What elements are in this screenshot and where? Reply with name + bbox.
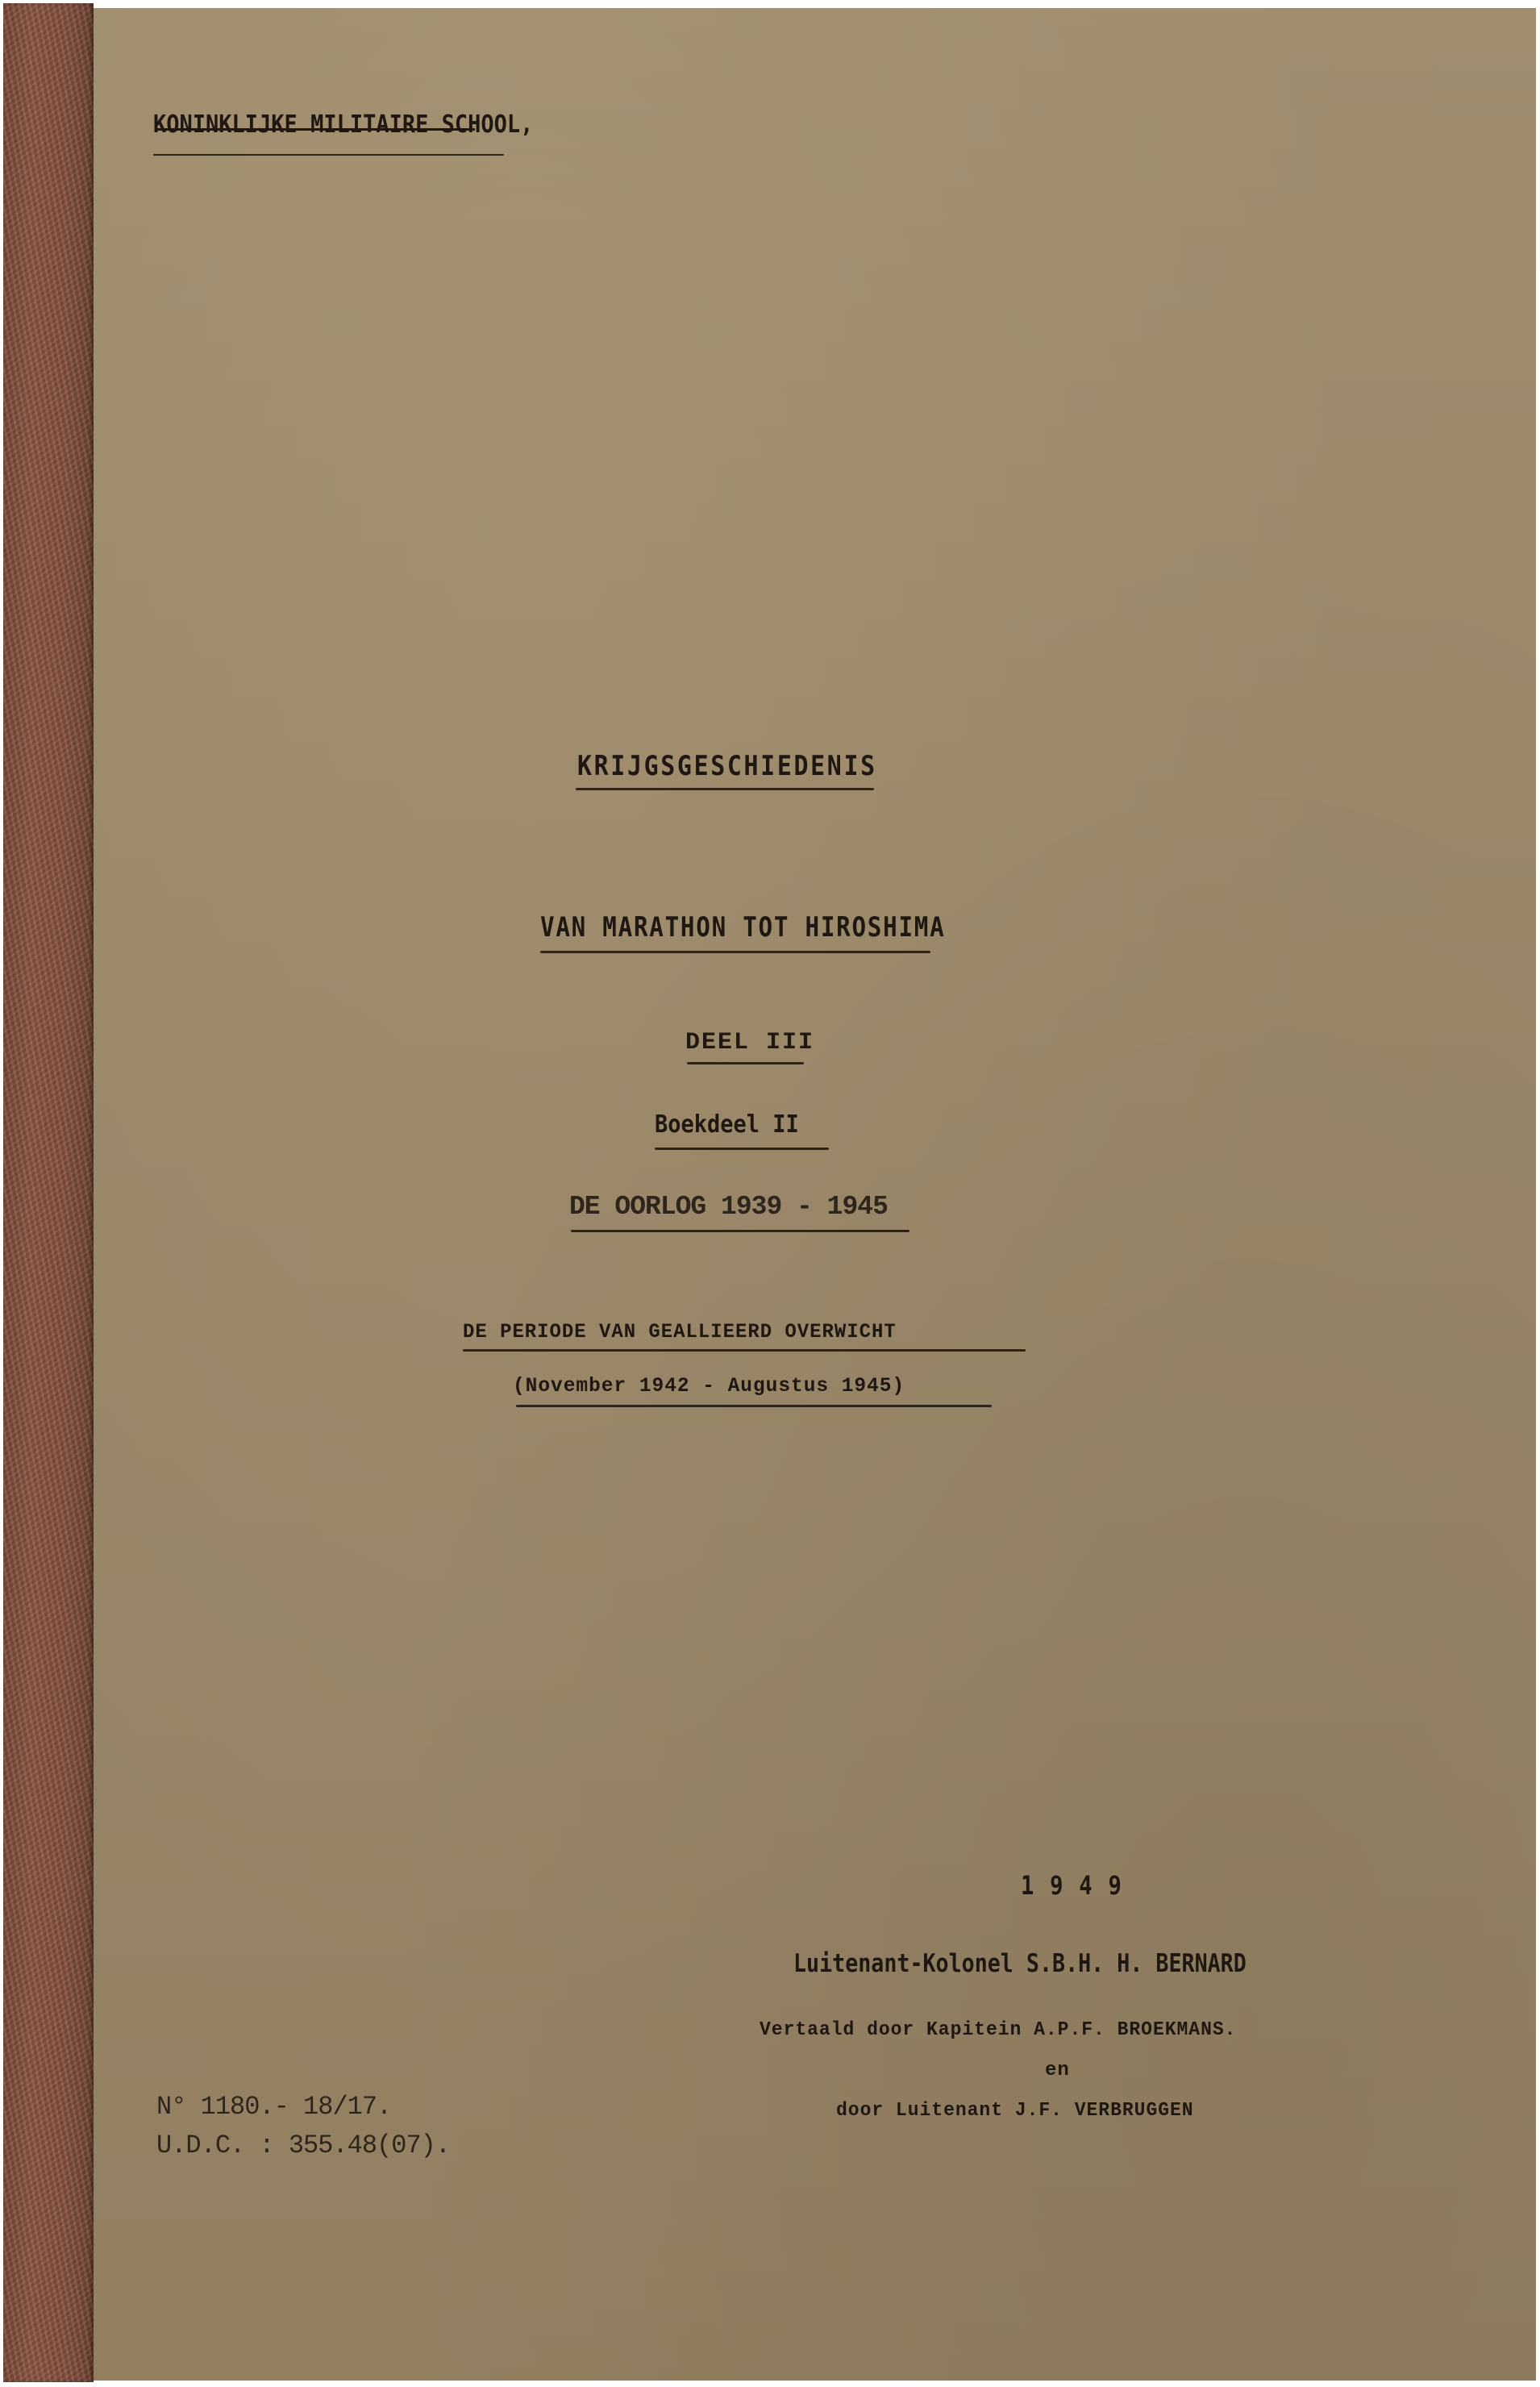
institution-header: KONINKLIJKE MILITAIRE SCHOOL, [153, 110, 533, 139]
war-title: DE OORLOG 1939 - 1945 [569, 1192, 888, 1222]
book: KONINKLIJKE MILITAIRE SCHOOL, KRIJGSGESC… [3, 3, 1536, 2382]
part-label: DEEL III [685, 1029, 814, 1056]
institution-underline [153, 154, 504, 156]
series-title-underline [540, 951, 930, 953]
period-dates: (November 1942 - Augustus 1945) [513, 1374, 905, 1398]
translator-conjunction: en [1045, 2060, 1070, 2081]
subject-underline [576, 788, 874, 790]
book-part-underline [655, 1148, 829, 1150]
war-title-underline [571, 1230, 909, 1232]
subject-heading: KRIJGSGESCHIEDENIS [577, 750, 877, 782]
period-dates-underline [516, 1405, 992, 1407]
series-title: VAN MARATHON TOT HIROSHIMA [540, 911, 945, 944]
institution-strikethrough [156, 128, 475, 131]
period-title: DE PERIODE VAN GEALLIEERD OVERWICHT [463, 1320, 897, 1343]
leather-spine [3, 3, 94, 2382]
part-underline [687, 1062, 804, 1064]
udc-classification: U.D.C. : 355.48(07). [156, 2131, 450, 2160]
author-line: Luitenant-Kolonel S.B.H. H. BERNARD [793, 1949, 1247, 1978]
book-part-label: Boekdeel II [655, 1110, 799, 1139]
translator-line-2: door Luitenant J.F. VERBRUGGEN [836, 2100, 1194, 2122]
period-title-underline [463, 1349, 1026, 1352]
publication-year: 1 9 4 9 [1021, 1870, 1123, 1901]
translator-line-1: Vertaald door Kapitein A.P.F. BROEKMANS. [760, 2019, 1236, 2041]
catalog-number: N° 1180.- 18/17. [156, 2092, 391, 2122]
